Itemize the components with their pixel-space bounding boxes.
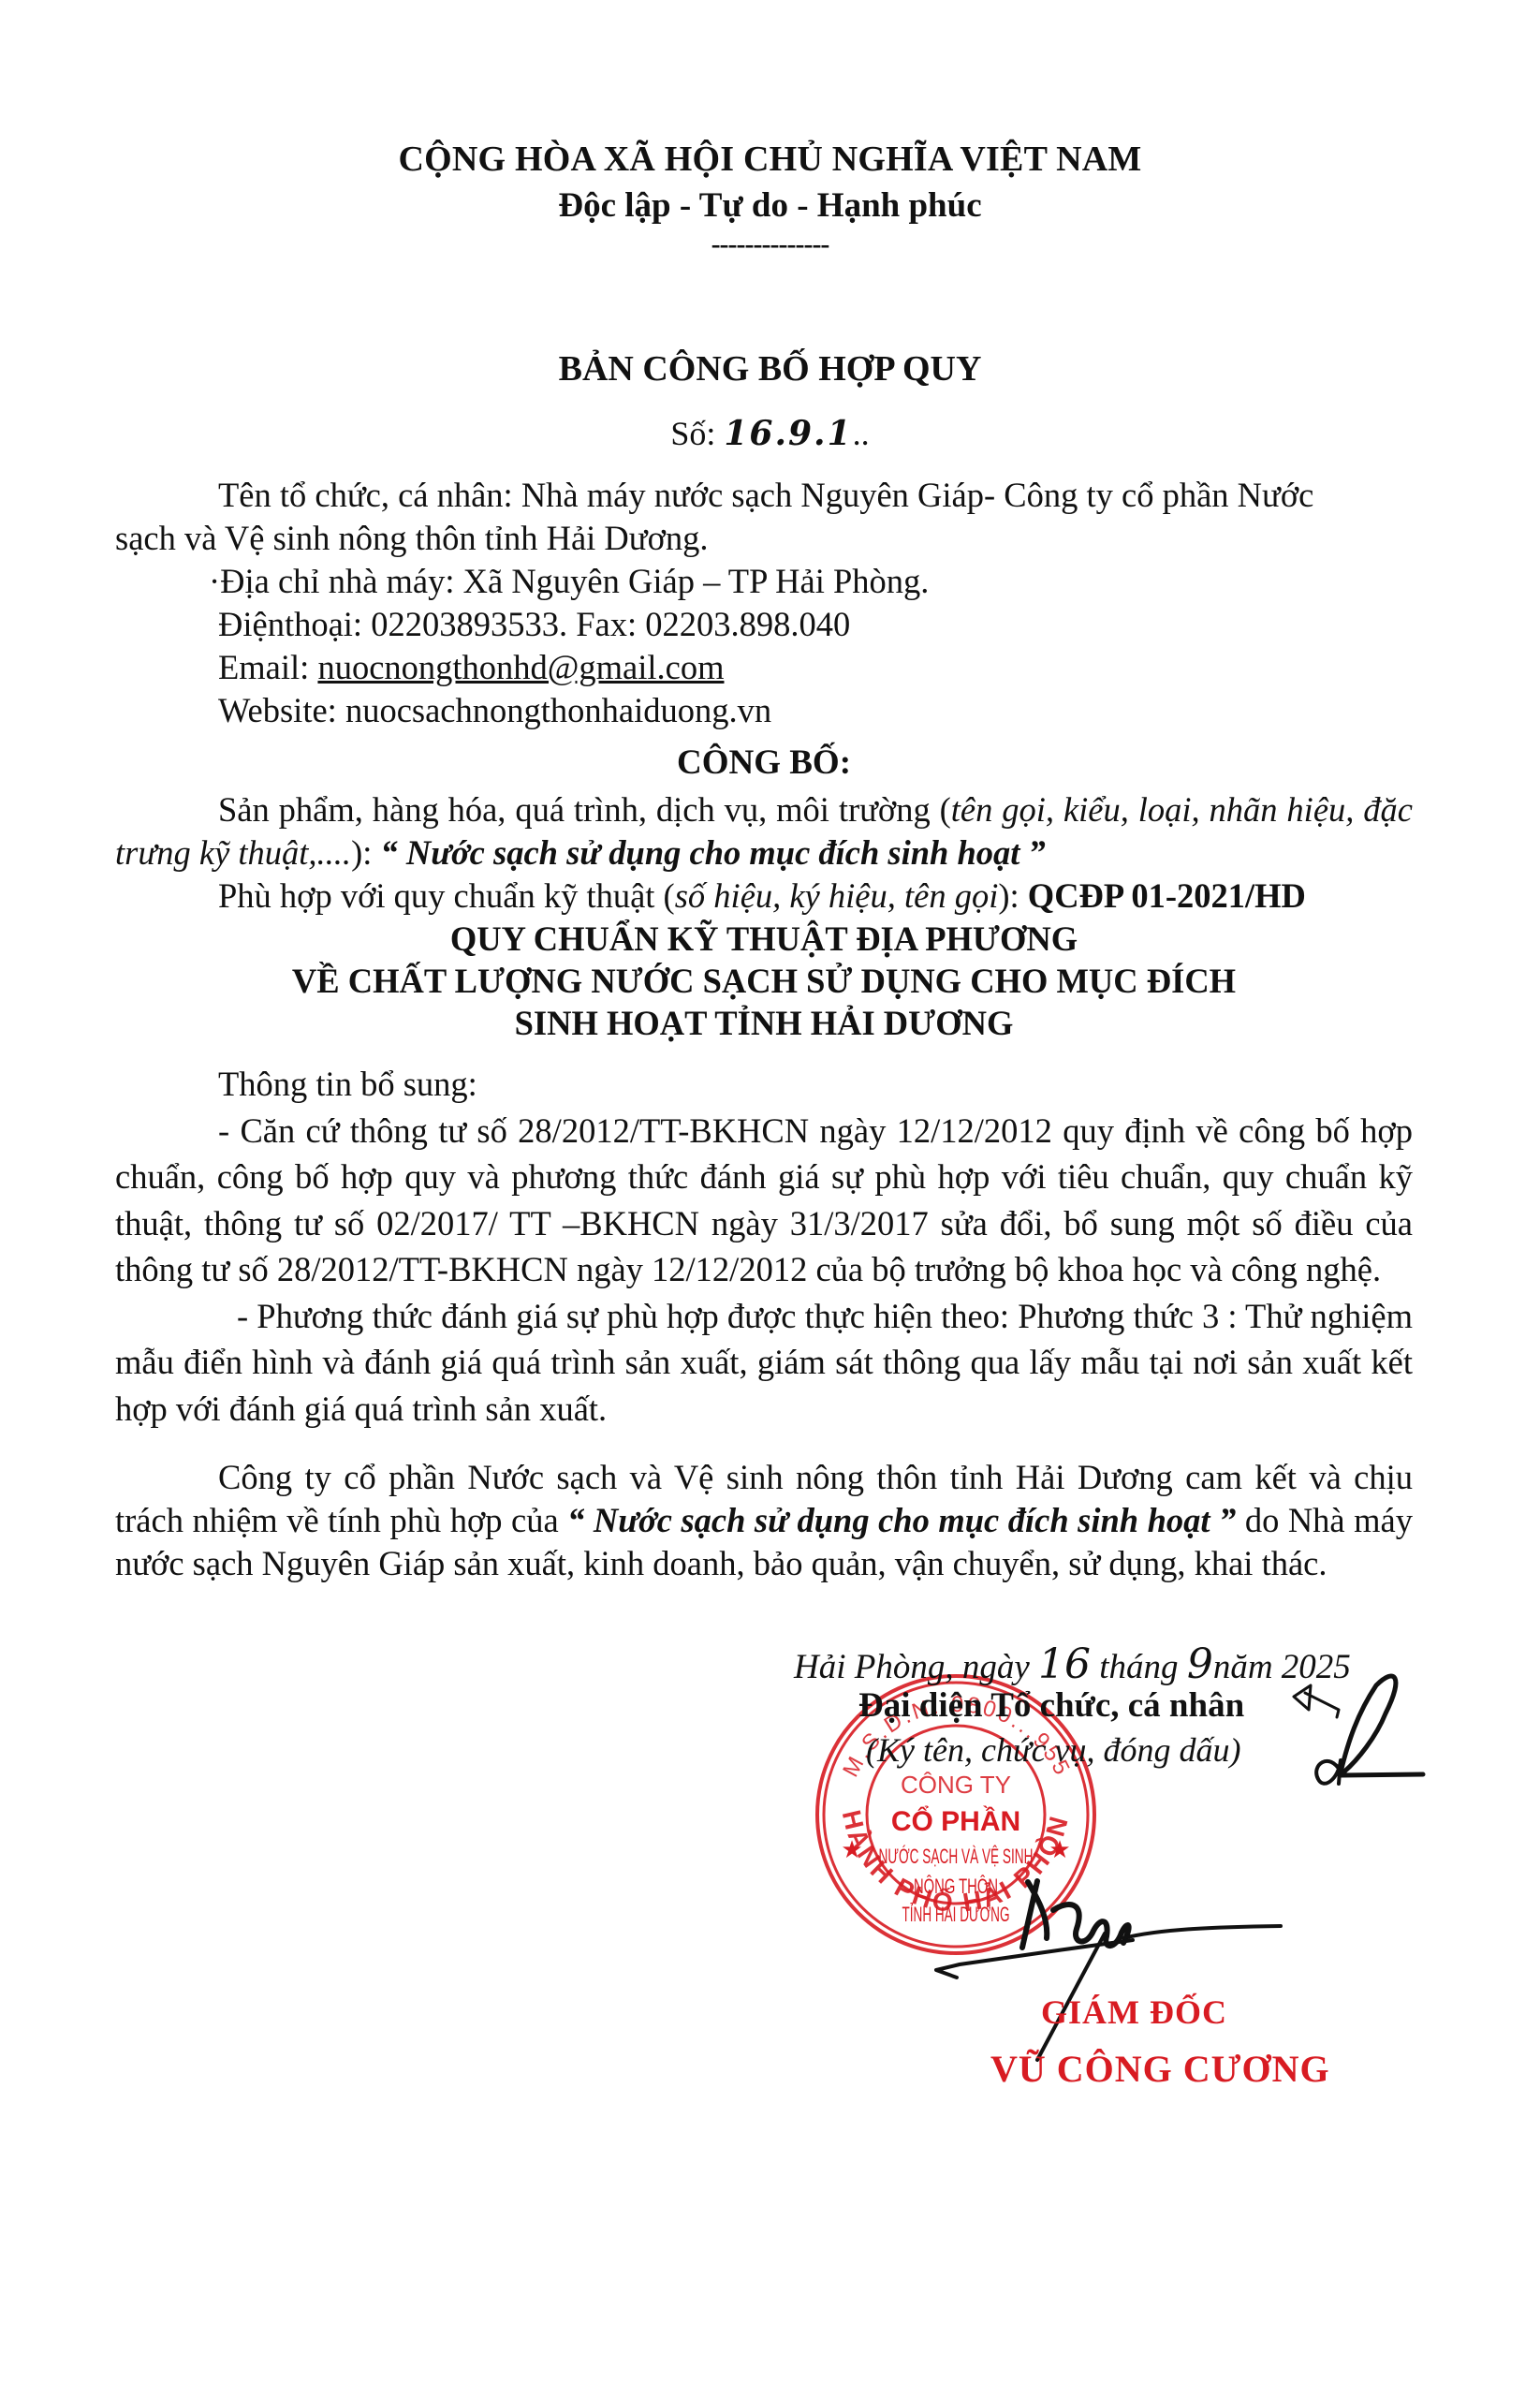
declaration-heading: CÔNG BỐ: — [115, 742, 1413, 785]
organization-name-value-cont: sạch và Vệ sinh nông thôn tỉnh Hải Dương… — [115, 519, 709, 557]
signature-place: Hải Phòng, ngày — [794, 1648, 1038, 1686]
additional-info-heading: Thông tin bổ sung: — [115, 1061, 1413, 1108]
document-number-suffix: .. — [853, 415, 870, 452]
website-label: Website: — [218, 691, 345, 729]
organization-name-value: Nhà máy nước sạch Nguyên Giáp- Công ty c… — [513, 476, 1314, 514]
signature-month-label: tháng — [1091, 1648, 1187, 1686]
email-label: Email: — [218, 648, 317, 686]
phone-fax: Điệnthoại: 02203893533. Fax: 02203.898.0… — [115, 603, 1413, 646]
regulation-statement: Phù hợp với quy chuẩn kỹ thuật (số hiệu,… — [115, 875, 1413, 918]
stamp-star-left-icon: ★ — [841, 1836, 862, 1863]
declaration-section: CÔNG BỐ: Sản phẩm, hàng hóa, quá trình, … — [115, 742, 1413, 1044]
organization-info: Tên tổ chức, cá nhân: Nhà máy nước sạch … — [115, 474, 1413, 732]
signature-month-handwritten: 9 — [1187, 1640, 1213, 1688]
nation-heading: CỘNG HÒA XÃ HỘI CHỦ NGHĨA VIỆT NAM — [0, 139, 1540, 180]
product-intro: Sản phẩm, hàng hóa, quá trình, dịch vụ, … — [218, 790, 951, 829]
regulation-hint: số hiệu, ký hiệu, tên gọi — [675, 876, 999, 915]
email-row: Email: nuocnongthonhd@gmail.com — [115, 646, 1413, 689]
regulation-close: ): — [998, 876, 1027, 915]
organization-name-label: Tên tổ chức, cá nhân: — [218, 476, 513, 514]
factory-address: ·Địa chỉ nhà máy: Xã Nguyên Giáp – TP Hả… — [115, 560, 1413, 603]
stamp-partial-top: CÔNG TY — [901, 1771, 1011, 1799]
regulation-title-2: VỀ CHẤT LƯỢNG NƯỚC SẠCH SỬ DỤNG CHO MỤC … — [115, 960, 1413, 1002]
email-link[interactable]: nuocnongthonhd@gmail.com — [317, 648, 724, 686]
regulation-intro: Phù hợp với quy chuẩn kỹ thuật ( — [218, 876, 675, 915]
signer-role: GIÁM ĐỐC — [1041, 1993, 1227, 2032]
signature-representative: Đại diện Tổ chức, cá nhân — [858, 1685, 1244, 1726]
organization-name: Tên tổ chức, cá nhân: Nhà máy nước sạch … — [115, 474, 1413, 560]
document-number-handwritten: 16.9.1 — [724, 414, 852, 453]
document-number: Số: 16.9.1.. — [0, 414, 1540, 453]
header-separator: -------------- — [0, 228, 1540, 260]
commitment-product-name: “ Nước sạch sử dụng cho mục đích sinh ho… — [567, 1501, 1236, 1539]
national-motto: Độc lập - Tự do - Hạnh phúc — [0, 185, 1540, 226]
signature-date: Hải Phòng, ngày 16 tháng 9năm 2025 — [794, 1640, 1351, 1688]
document-number-label: Số: — [670, 415, 715, 452]
assessment-method: - Phương thức đánh giá sự phù hợp được t… — [115, 1293, 1413, 1433]
product-close: ): — [351, 833, 380, 872]
website-row: Website: nuocsachnongthonhaiduong.vn — [115, 689, 1413, 732]
signature-day-handwritten: 16 — [1038, 1640, 1091, 1688]
legal-basis: - Căn cứ thông tư số 28/2012/TT-BKHCN ng… — [115, 1108, 1413, 1293]
commitment-text: Công ty cổ phần Nước sạch và Vệ sinh nôn… — [115, 1456, 1413, 1585]
signature-note: (Ký tên, chức vụ, đóng dấu) — [866, 1730, 1241, 1770]
regulation-title-1: QUY CHUẨN KỸ THUẬT ĐỊA PHƯƠNG — [115, 918, 1413, 960]
stamp-line-3: NÔNG THÔN — [914, 1875, 998, 1898]
product-statement: Sản phẩm, hàng hóa, quá trình, dịch vụ, … — [115, 788, 1413, 875]
commitment-section: Công ty cổ phần Nước sạch và Vệ sinh nôn… — [115, 1456, 1413, 1585]
product-name: “ Nước sạch sử dụng cho mục đích sinh ho… — [380, 833, 1045, 872]
stamp-star-right-icon: ★ — [1049, 1836, 1070, 1863]
signer-name: VŨ CÔNG CƯƠNG — [990, 2047, 1330, 2091]
regulation-code: QCĐP 01-2021/HD — [1028, 876, 1306, 915]
additional-info-section: Thông tin bổ sung: - Căn cứ thông tư số … — [115, 1061, 1413, 1432]
stamp-line-4: TỈNH HẢI DƯƠNG — [902, 1903, 1010, 1926]
document-title: BẢN CÔNG BỐ HỢP QUY — [0, 348, 1540, 390]
website-value: nuocsachnongthonhaiduong.vn — [345, 691, 771, 729]
stamp-line-1: CỔ PHẦN — [891, 1805, 1020, 1837]
signature-year: năm 2025 — [1213, 1648, 1351, 1686]
stamp-line-2: NƯỚC SẠCH VÀ VỆ SINH — [879, 1845, 1034, 1868]
regulation-title-3: SINH HOẠT TỈNH HẢI DƯƠNG — [115, 1002, 1413, 1044]
